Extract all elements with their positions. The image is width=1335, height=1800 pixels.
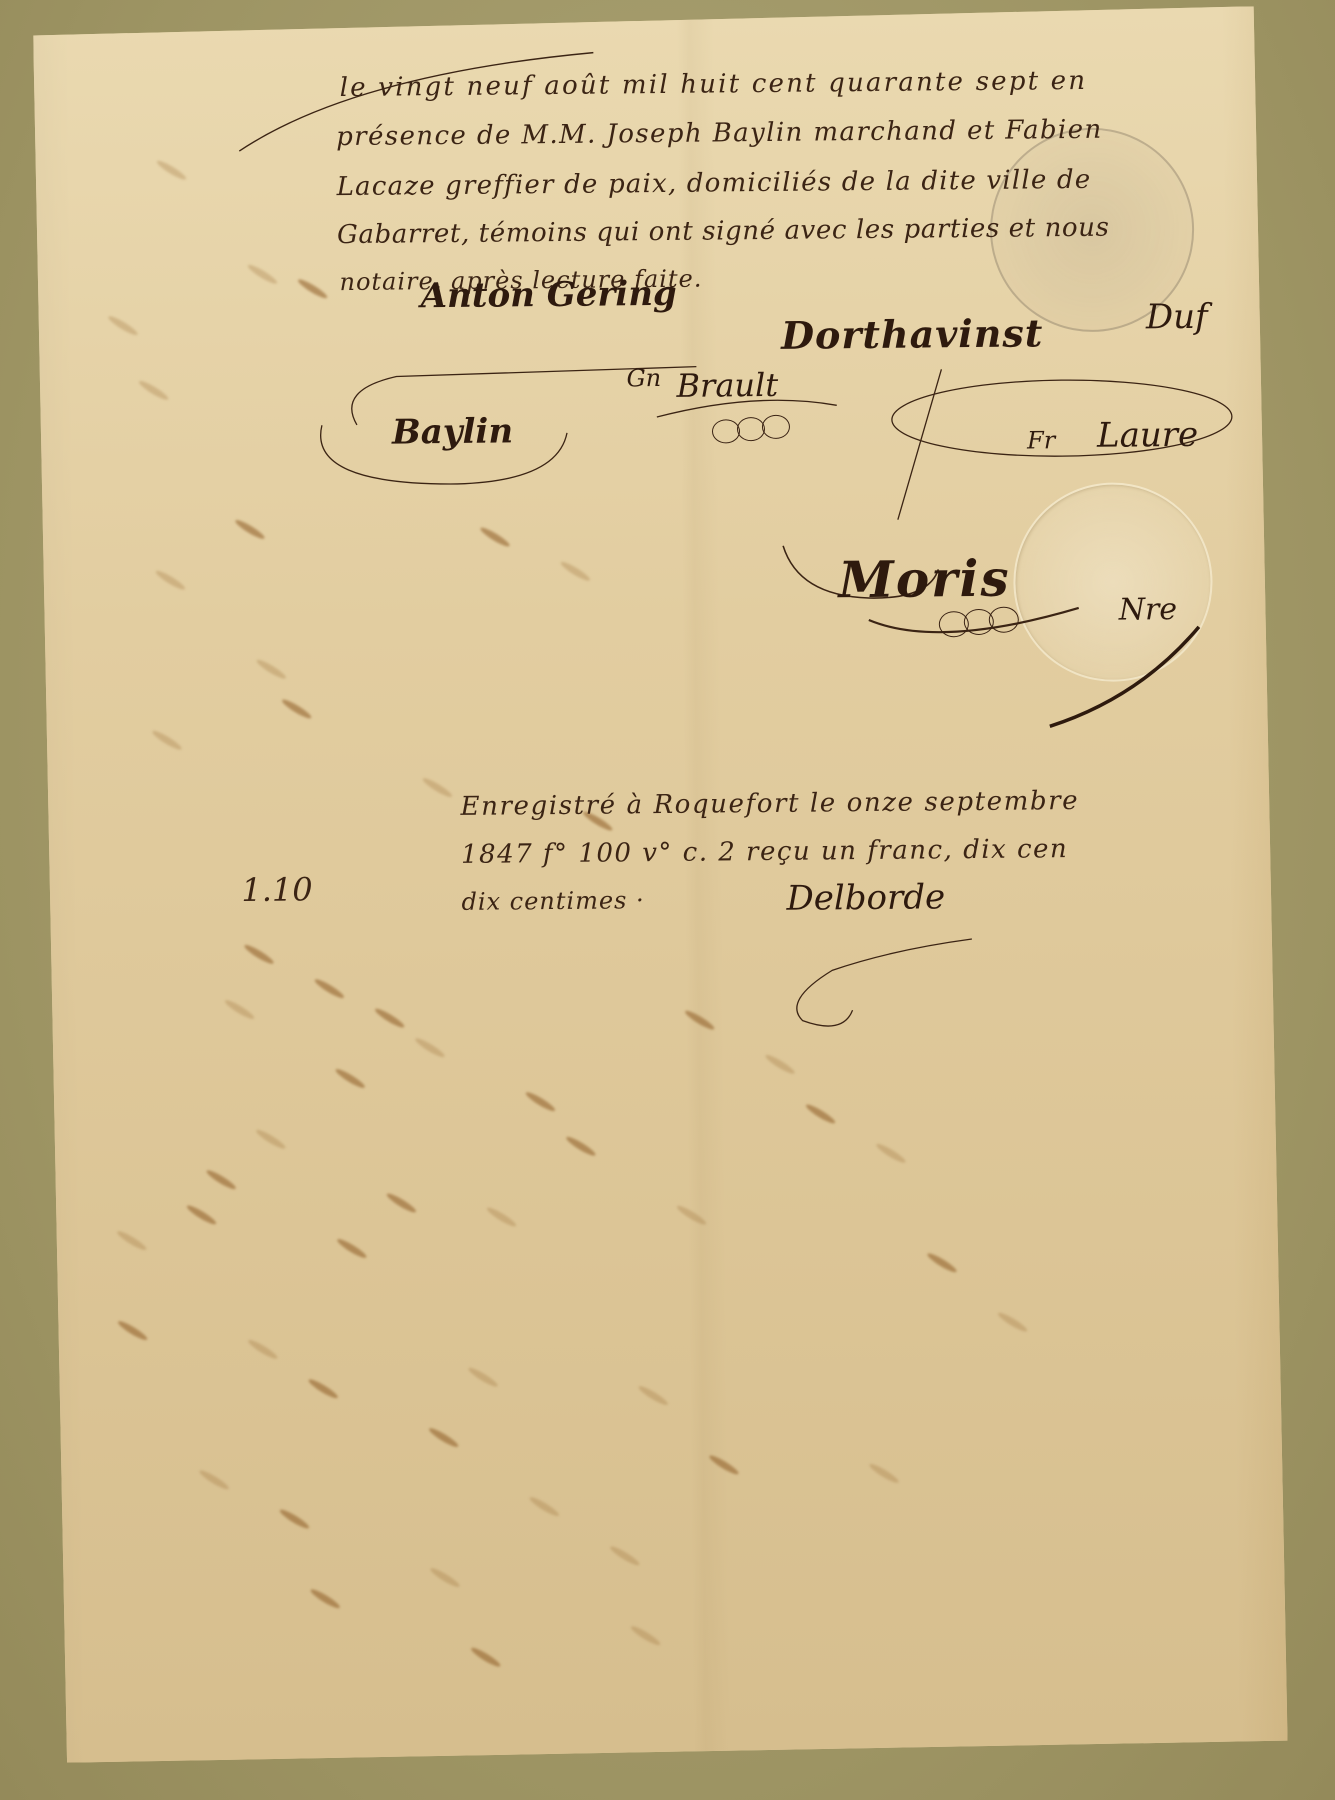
- margin-fee-amount: 1.10: [241, 870, 313, 909]
- loop-flourish: [712, 419, 740, 443]
- signature-dorthavinst: Dorthavinst: [781, 310, 1044, 358]
- signature-moris-suffix: Nre: [1119, 592, 1178, 628]
- signature-brault-prefix: Gn: [626, 364, 661, 392]
- signature-laure-prefix: Fr: [1027, 426, 1055, 454]
- loop-flourish: [762, 415, 790, 439]
- signature-delborde: Delborde: [786, 877, 945, 919]
- registration-line-3: dix centimes ·: [461, 886, 644, 916]
- signature-baylin: Baylin: [392, 411, 513, 452]
- signature-moris: Moris: [838, 549, 1011, 610]
- registration-line-2: 1847 f° 100 v° c. 2 reçu un franc, dix c…: [461, 834, 1068, 870]
- registration-line-1: Enregistré à Roquefort le onze septembre: [460, 786, 1079, 822]
- signature-dorthavinst-suffix: Duf: [1146, 297, 1208, 338]
- loop-flourish: [989, 607, 1019, 633]
- signature-laure: Laure: [1097, 415, 1199, 456]
- manuscript-page: le vingt neuf août mil huit cent quarant…: [33, 6, 1288, 1763]
- loop-flourish: [737, 417, 765, 441]
- signature-anton-gering: Anton Gering: [420, 274, 676, 316]
- signature-brault: Brault: [676, 366, 778, 405]
